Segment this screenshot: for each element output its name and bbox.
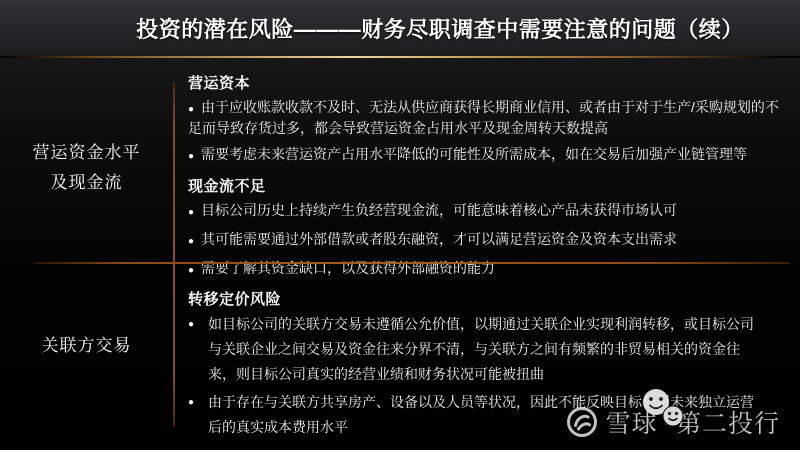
group-heading-working-capital: 营运资本 [188,72,792,93]
bullet-item: ●其可能需要通过外部借款或者股东融资，才可以满足营运资金及资本支出需求 [188,230,792,251]
section-label-line: 营运资金水平 [33,138,141,168]
bullet-text: 需要考虑未来营运资产占用水平降低的可能性及所需成本，如在交易后加强产业链管理等 [201,146,747,162]
section-body: 营运资本 ●由于应收账款收款不及时、无法从供应商获得长期商业信用、或者由于对于生… [173,58,800,262]
watermark: 雪球 · 第二投行 [565,404,780,440]
bullet-item: ●目标公司历史上持续产生负经营现金流，可能意味着核心产品未获得市场认可 [188,201,792,222]
section-working-capital: 营运资金水平 及现金流 营运资本 ●由于应收账款收款不及时、无法从供应商获得长期… [0,58,800,262]
bullet-dot: ● [188,312,194,337]
bullet-list: ●由于应收账款收款不及时、无法从供应商获得长期商业信用、或者由于对于生产/采购规… [188,98,792,166]
bullet-item: ●如目标公司的关联方交易未遵循公允价值，以期通过关联企业实现利润转移，或目标公司… [188,312,764,387]
bullet-dot: ● [188,207,194,218]
bullet-text: 其可能需要通过外部借款或者股东融资，才可以满足营运资金及资本支出需求 [201,231,677,247]
wechat-emoji-icon [639,387,687,438]
section-label-working-capital: 营运资金水平 及现金流 [0,58,173,262]
group-heading-cash-flow: 现金流不足 [188,175,792,196]
watermark-suffix: 第二投行 [676,404,780,440]
presentation-slide: 投资的潜在风险———财务尽职调查中需要注意的问题（续） 营运资金水平 及现金流 … [0,0,800,450]
bullet-dot: ● [188,104,194,115]
title-band: 投资的潜在风险———财务尽职调查中需要注意的问题（续） [0,0,800,56]
bullet-item: ●需要考虑未来营运资产占用水平降低的可能性及所需成本，如在交易后加强产业链管理等 [188,145,792,166]
group-heading-transfer-pricing: 转移定价风险 [188,288,792,309]
section-label-line: 关联方交易 [42,331,132,361]
section-label-line: 及现金流 [51,168,123,198]
bullet-dot: ● [188,390,194,415]
xueqiu-logo-icon [565,405,599,439]
bullet-text: 目标公司历史上持续产生负经营现金流，可能意味着核心产品未获得市场认可 [201,202,677,218]
page-title: 投资的潜在风险———财务尽职调查中需要注意的问题（续） [0,13,800,44]
bullet-text: 由于应收账款收款不及时、无法从供应商获得长期商业信用、或者由于对于生产/采购规划… [188,99,779,136]
bullet-item: ●由于应收账款收款不及时、无法从供应商获得长期商业信用、或者由于对于生产/采购规… [188,98,792,137]
bullet-dot: ● [188,151,194,162]
bullet-text: 如目标公司的关联方交易未遵循公允价值，以期通过关联企业实现利润转移，或目标公司与… [208,316,754,382]
section-label-related-party: 关联方交易 [0,264,173,450]
bullet-dot: ● [188,236,194,247]
